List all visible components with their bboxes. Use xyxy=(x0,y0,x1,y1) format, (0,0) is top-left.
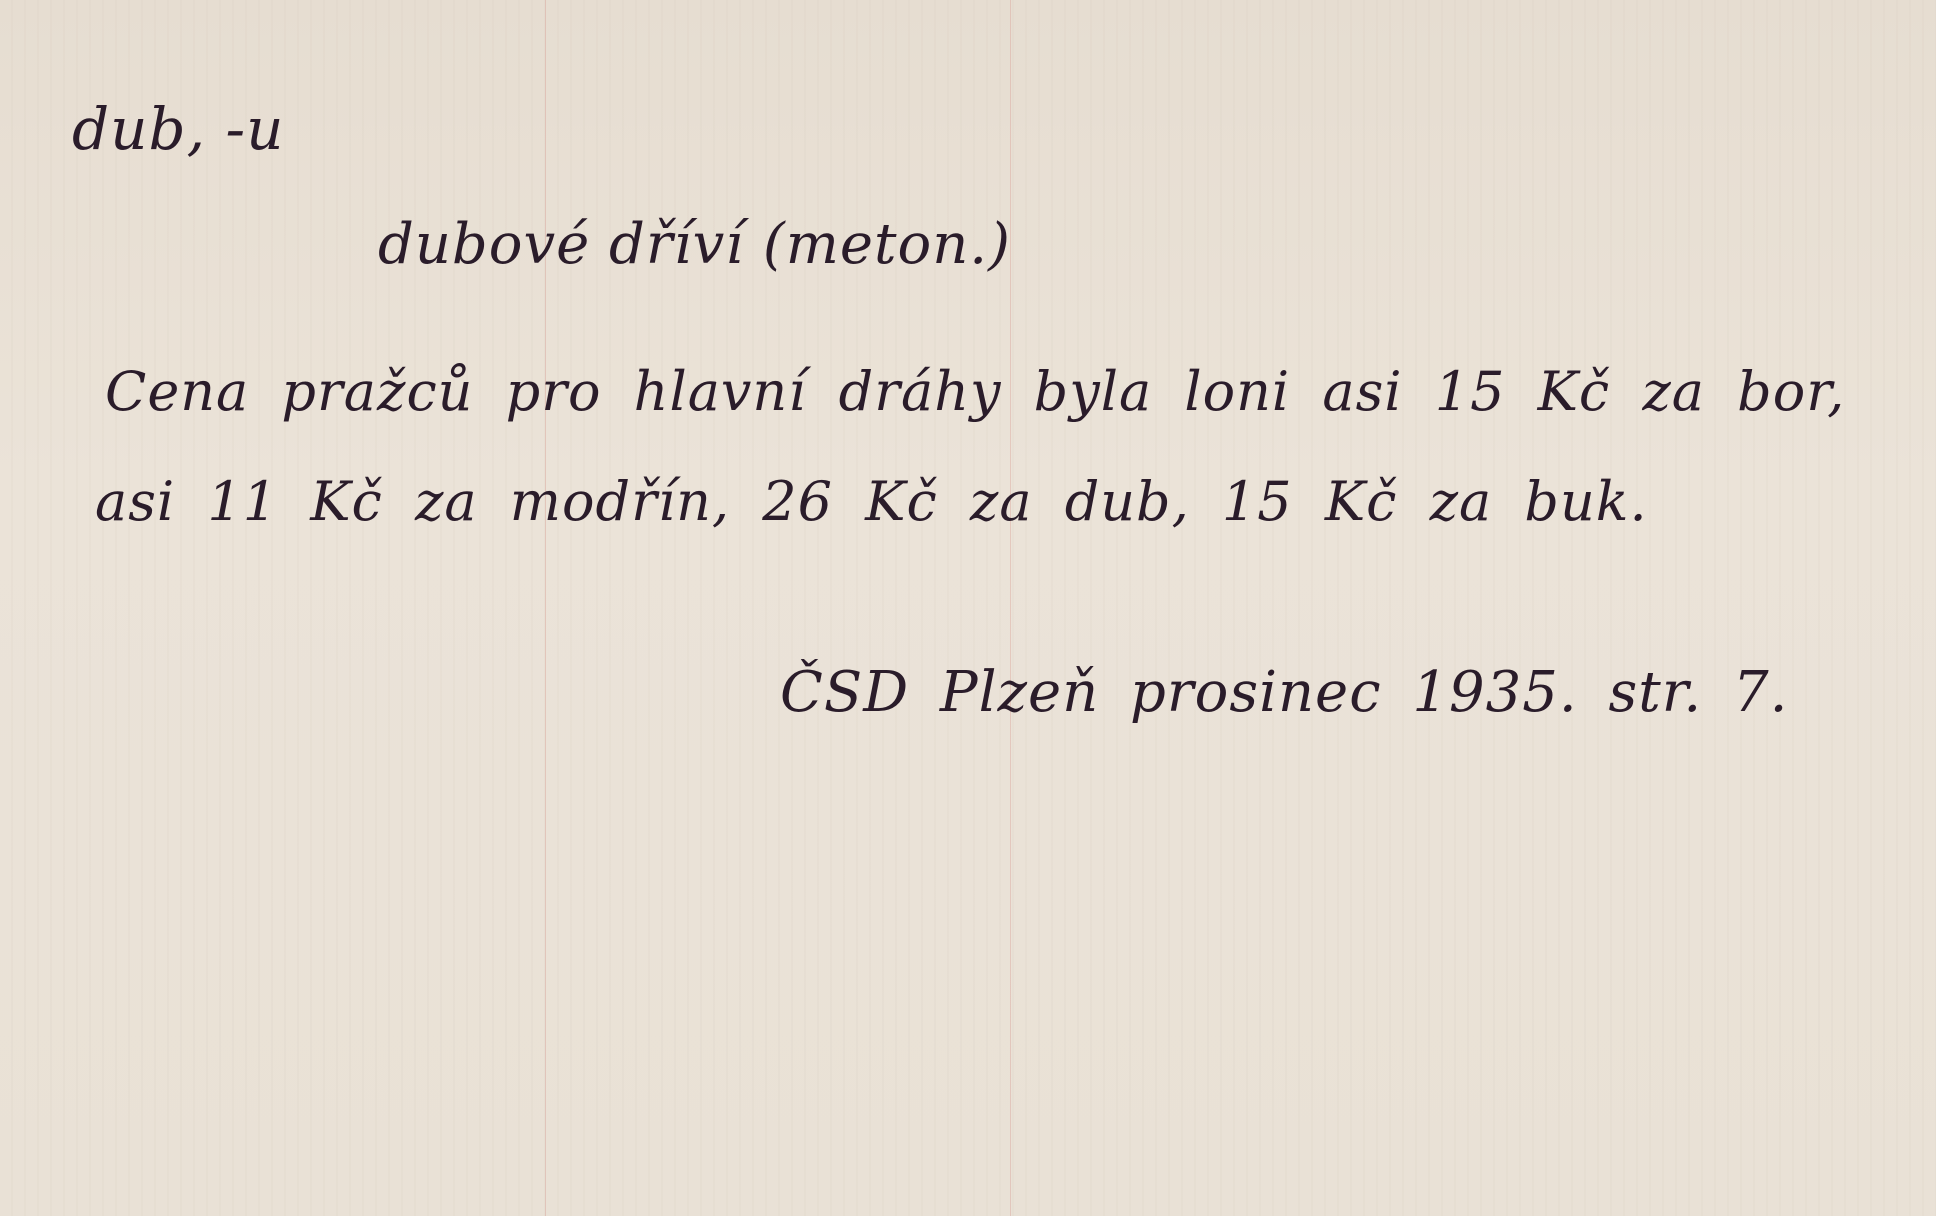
index-card: dub, -u dubové dříví (meton.) Cena pražc… xyxy=(0,0,1936,1216)
source-citation: ČSD Plzeň prosinec 1935. str. 7. xyxy=(780,660,1788,725)
margin-rule xyxy=(1010,0,1011,1216)
example-line-1: Cena pražců pro hlavní dráhy byla loni a… xyxy=(105,360,1845,423)
headword: dub, -u xyxy=(72,95,284,163)
example-line-2: asi 11 Kč za modřín, 26 Kč za dub, 15 Kč… xyxy=(95,470,1648,533)
sense-definition: dubové dříví (meton.) xyxy=(378,212,1011,277)
margin-rule xyxy=(545,0,546,1216)
